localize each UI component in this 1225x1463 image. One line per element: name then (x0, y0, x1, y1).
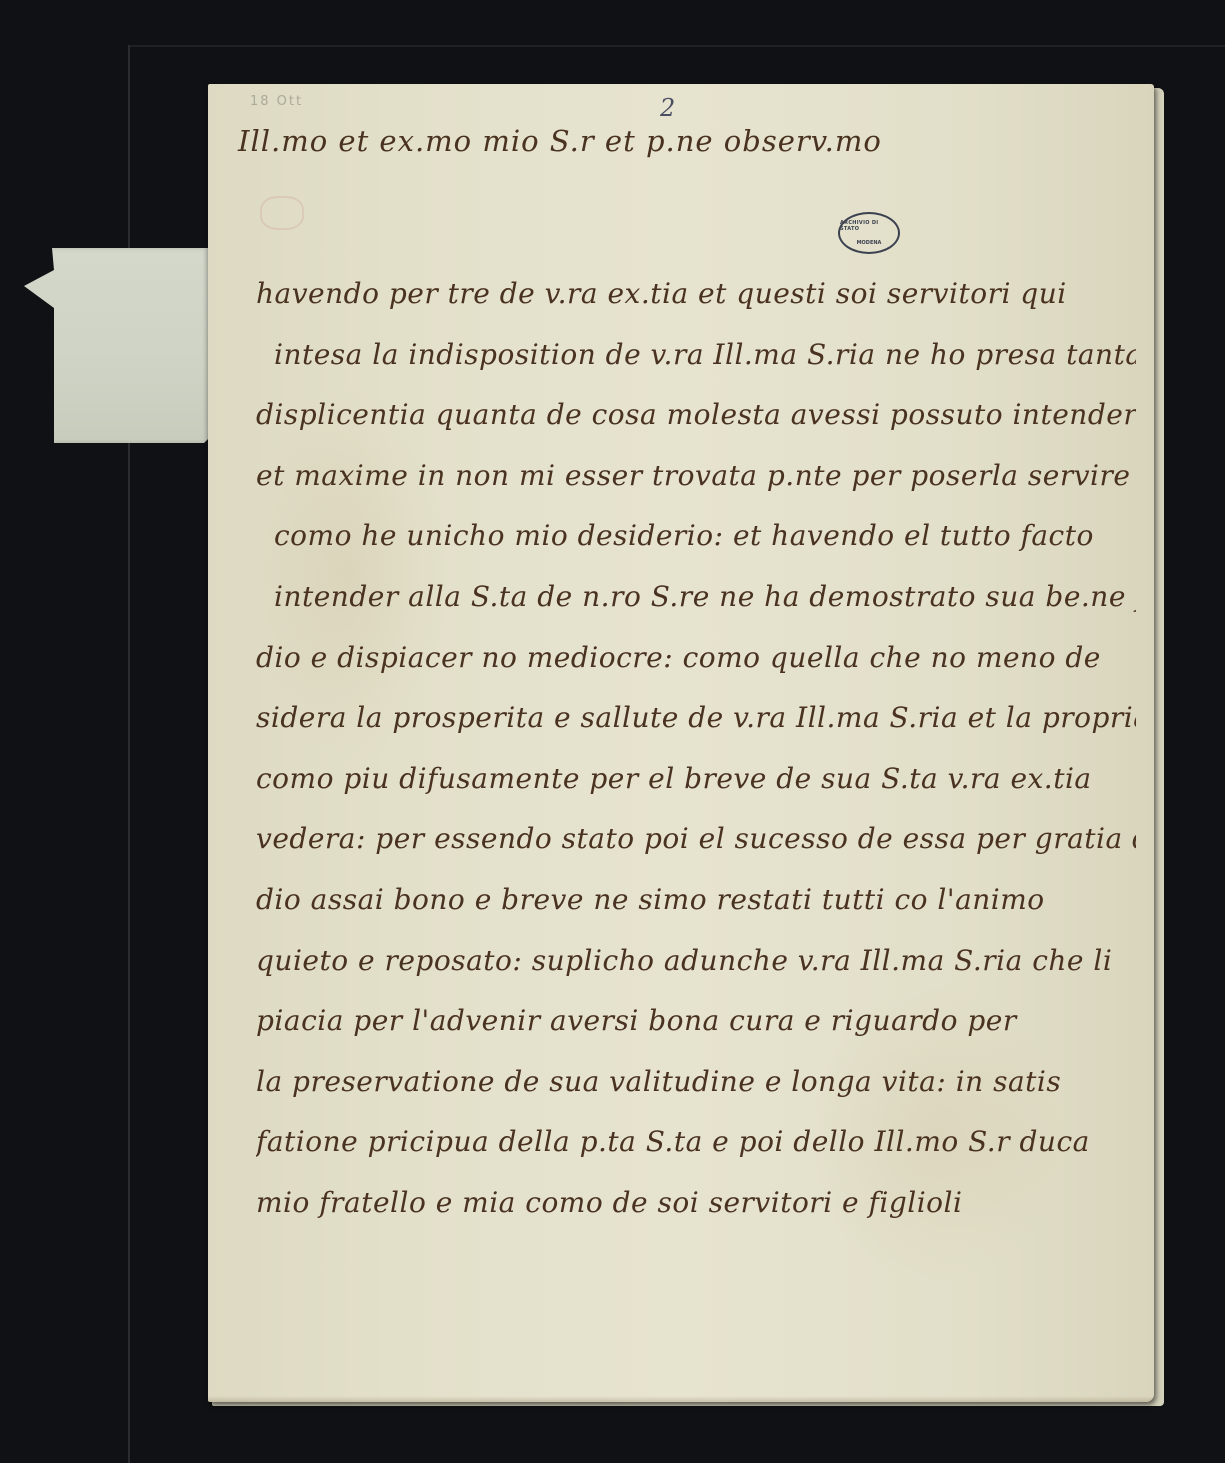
letter-salutation: Ill.mo et ex.mo mio S.r et p.ne observ.m… (238, 124, 882, 158)
text-line: como he unicho mio desiderio: et havendo… (256, 506, 1136, 567)
text-line: dio assai bono e breve ne simo restati t… (256, 870, 1136, 931)
text-line: la preservatione de sua valitudine e lon… (256, 1052, 1136, 1113)
text-line: mio fratello e mia como de soi servitori… (256, 1173, 1136, 1234)
text-line: intender alla S.ta de n.ro S.re ne ha de… (256, 567, 1136, 628)
faded-red-mark (260, 196, 304, 230)
text-line: sidera la prosperita e sallute de v.ra I… (256, 688, 1136, 749)
text-line: havendo per tre de v.ra ex.tia et questi… (256, 264, 1136, 325)
text-line: piacia per l'advenir aversi bona cura e … (256, 991, 1136, 1052)
archive-stamp: ARCHIVIO DI STATO MODENA (838, 212, 900, 254)
letter-body: havendo per tre de v.ra ex.tia et questi… (256, 264, 1136, 1234)
text-line: quieto e reposato: suplicho adunche v.ra… (256, 931, 1136, 992)
attached-paper-slip (24, 248, 209, 443)
mount-frame-top (128, 45, 1225, 47)
faint-shelfmark: 18 Ott (250, 94, 303, 109)
text-line: intesa la indisposition de v.ra Ill.ma S… (256, 325, 1136, 386)
folio-number: 2 (660, 94, 675, 122)
text-line: fatione pricipua della p.ta S.ta e poi d… (256, 1112, 1136, 1173)
manuscript-page: 18 Ott 2 Ill.mo et ex.mo mio S.r et p.ne… (208, 84, 1154, 1402)
text-line: et maxime in non mi esser trovata p.nte … (256, 446, 1136, 507)
stamp-line-2: MODENA (857, 240, 882, 246)
stamp-line-1: ARCHIVIO DI STATO (840, 220, 898, 232)
page-bottom-edge (208, 1396, 1154, 1402)
text-line: como piu difusamente per el breve de sua… (256, 749, 1136, 810)
text-line: dio e dispiacer no mediocre: como quella… (256, 628, 1136, 689)
text-line: displicentia quanta de cosa molesta aves… (256, 385, 1136, 446)
text-line: vedera: per essendo stato poi el sucesso… (256, 809, 1136, 870)
